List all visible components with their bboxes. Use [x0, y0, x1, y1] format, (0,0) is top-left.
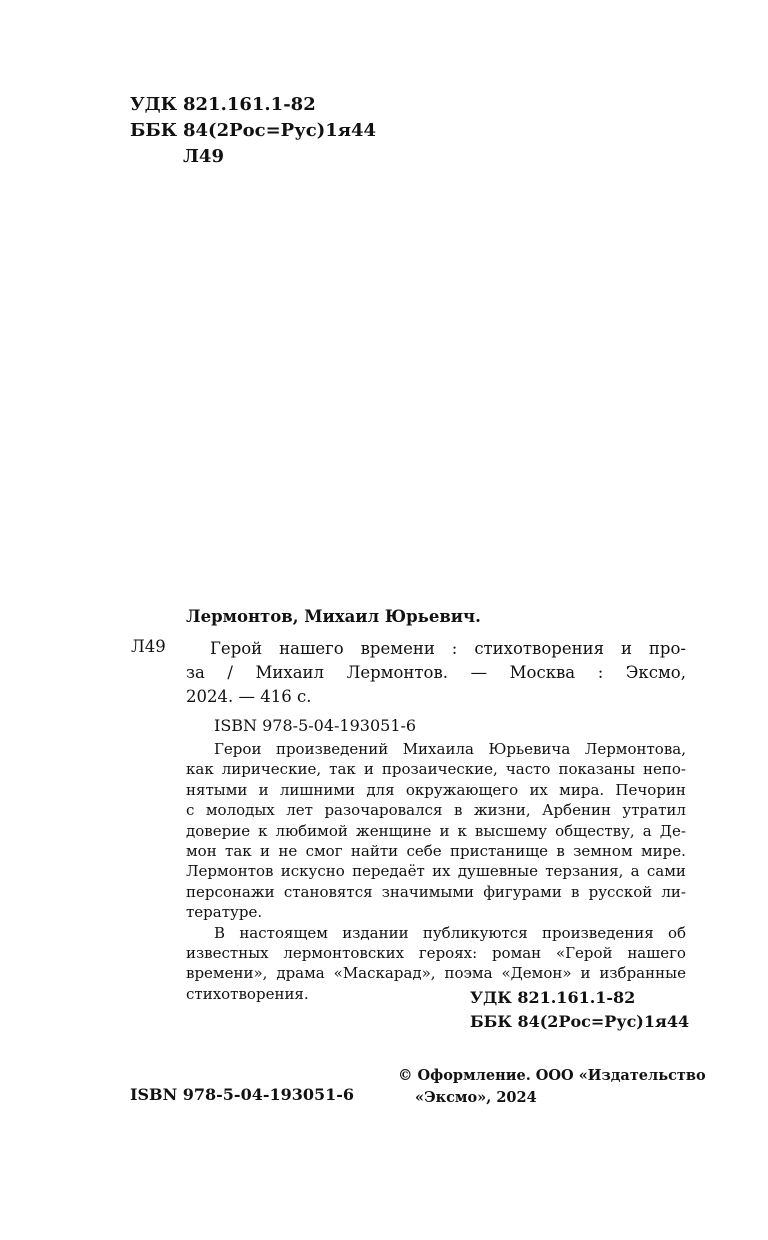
author-sign: Л49 — [183, 144, 224, 170]
word: в — [454, 800, 462, 820]
word: публикуются — [423, 923, 528, 943]
word: мире. — [641, 841, 686, 861]
word: героях: — [419, 943, 477, 963]
word: становятся — [284, 882, 373, 902]
text-line: тературе. — [186, 902, 686, 922]
word: передаёт — [352, 861, 425, 881]
author-sign-row: Л49 — [130, 144, 376, 170]
udk-value: 821.161.1-82 — [183, 92, 316, 118]
word: с — [186, 800, 194, 820]
word: молодых — [206, 800, 275, 820]
word: драма — [276, 963, 324, 983]
word: ли- — [661, 882, 686, 902]
catalog-udk: УДК 821.161.1-82 — [470, 986, 689, 1010]
word: терзания, — [545, 861, 623, 881]
word: произведений — [276, 739, 388, 759]
word: мон — [186, 841, 217, 861]
word: жизни, — [474, 800, 531, 820]
word: лирические, — [222, 759, 321, 779]
word: об — [668, 923, 686, 943]
word: времени», — [186, 963, 267, 983]
text-line: нятымиилишнимидляокружающегоихмира.Печор… — [186, 780, 686, 800]
word: и — [364, 759, 374, 779]
word: душевные — [458, 861, 538, 881]
word: не — [278, 841, 297, 861]
word: издании — [342, 923, 408, 943]
word: и — [621, 637, 632, 661]
word: : — [452, 637, 458, 661]
catalog-classification: УДК 821.161.1-82 ББК 84(2Рос=Рус)1я44 — [470, 986, 689, 1034]
text-line-content: 2024. — 416 с. — [186, 685, 311, 709]
word: Лермонтов — [186, 861, 273, 881]
word: нятыми — [186, 780, 247, 800]
word: а — [631, 861, 640, 881]
word: Герои — [214, 739, 261, 759]
word: и — [260, 841, 270, 861]
catalog-bbk: ББК 84(2Рос=Рус)1я44 — [470, 1010, 689, 1034]
word: земном — [573, 841, 632, 861]
text-line-content: тературе. — [186, 902, 262, 922]
word: их — [432, 861, 450, 881]
word: непо- — [643, 759, 686, 779]
word: «Герой — [556, 943, 613, 963]
word: значимыми — [382, 882, 474, 902]
word: Михаил — [256, 661, 325, 685]
word: к — [458, 821, 467, 841]
word: произведения — [542, 923, 654, 943]
bbk-value: 84(2Рос=Рус)1я44 — [183, 118, 376, 144]
text-line: Лермонтовискуснопередаётихдушевныетерзан… — [186, 861, 686, 881]
word: найти — [351, 841, 398, 861]
word: В — [214, 923, 225, 943]
word: Москва — [510, 661, 576, 685]
word: Арбенин — [542, 800, 611, 820]
word: лишними — [280, 780, 355, 800]
word: в — [571, 882, 579, 902]
footer-isbn: ISBN 978-5-04-193051-6 — [130, 1085, 354, 1104]
word: за — [186, 661, 205, 685]
word: обществу, — [555, 821, 635, 841]
word: окружающего — [406, 780, 518, 800]
word: показаны — [559, 759, 635, 779]
word: и — [259, 780, 269, 800]
text-line: известныхлермонтовскихгероях:роман«Герой… — [186, 943, 686, 963]
udk-label: УДК — [130, 92, 183, 118]
word: Печорин — [615, 780, 686, 800]
word: часто — [506, 759, 551, 779]
word: так — [225, 841, 252, 861]
word: доверие — [186, 821, 250, 841]
word: разочаровался — [324, 800, 442, 820]
word: времени — [361, 637, 435, 661]
word: искусно — [281, 861, 345, 881]
word: к — [258, 821, 267, 841]
word: / — [227, 661, 233, 685]
bibliographic-description: Геройнашеговремени:стихотворенияипро-за/… — [186, 637, 686, 709]
word: пристанище — [450, 841, 548, 861]
word: и — [439, 821, 449, 841]
word: фигурами — [483, 882, 562, 902]
word: Эксмо, — [626, 661, 686, 685]
copyright-line-2: «Эксмо», 2024 — [398, 1087, 706, 1109]
word: : — [598, 661, 604, 685]
word: так — [329, 759, 356, 779]
word: Герой — [210, 637, 262, 661]
word: Лермонтов. — [347, 661, 448, 685]
bbk-label: ББК — [130, 118, 183, 144]
word: Юрьевича — [488, 739, 570, 759]
word: — — [471, 661, 488, 685]
text-line: Геройнашеговремени:стихотворенияипро- — [186, 637, 686, 661]
text-line: Внастоящемизданиипубликуютсяпроизведения… — [186, 923, 686, 943]
word: прозаические, — [382, 759, 498, 779]
word: мира. — [559, 780, 604, 800]
text-line: смолодыхлетразочаровалсявжизни,Арбенинут… — [186, 800, 686, 820]
word: высшему — [475, 821, 547, 841]
word: утратил — [622, 800, 686, 820]
word: настоящем — [239, 923, 328, 943]
text-line: довериеклюбимойженщинеиквысшемуобществу,… — [186, 821, 686, 841]
text-line: ГероипроизведенийМихаилаЮрьевичаЛермонто… — [186, 739, 686, 759]
word: нашего — [279, 637, 344, 661]
word: роман — [492, 943, 541, 963]
text-line: за/МихаилЛермонтов.—Москва:Эксмо, — [186, 661, 686, 685]
udk-row: УДК 821.161.1-82 — [130, 92, 376, 118]
text-line: каклирические,такипрозаические,частопока… — [186, 759, 686, 779]
copyright-notice: © Оформление. ООО «Издательство «Эксмо»,… — [398, 1065, 706, 1109]
text-line: времени»,драма«Маскарад»,поэма«Демон»ииз… — [186, 963, 686, 983]
catalog-isbn: ISBN 978-5-04-193051-6 — [214, 716, 416, 735]
word: смог — [306, 841, 343, 861]
word: персонажи — [186, 882, 275, 902]
text-line: монтакинесмогнайтисебепристанищевземномм… — [186, 841, 686, 861]
word: Лермонтова, — [585, 739, 686, 759]
word: русской — [589, 882, 653, 902]
word: лет — [286, 800, 313, 820]
text-line-content: стихотворения. — [186, 984, 309, 1004]
word: в — [556, 841, 564, 861]
word: «Демон» — [501, 963, 571, 983]
word: их — [529, 780, 547, 800]
word: поэма — [444, 963, 492, 983]
word: женщине — [356, 821, 432, 841]
top-classification-block: УДК 821.161.1-82 ББК 84(2Рос=Рус)1я44 Л4… — [130, 92, 376, 170]
word: для — [366, 780, 394, 800]
word: «Маскарад», — [334, 963, 436, 983]
word: Михаила — [403, 739, 474, 759]
word: как — [186, 759, 214, 779]
bbk-row: ББК 84(2Рос=Рус)1я44 — [130, 118, 376, 144]
word: нашего — [627, 943, 686, 963]
annotation: ГероипроизведенийМихаилаЮрьевичаЛермонто… — [186, 739, 686, 1004]
word: а — [643, 821, 652, 841]
text-line: 2024. — 416 с. — [186, 685, 686, 709]
word: себе — [406, 841, 441, 861]
catalog-author-sign: Л49 — [131, 637, 166, 656]
text-line: персонажистановятсязначимымифигурамиврус… — [186, 882, 686, 902]
word: лермонтовских — [283, 943, 404, 963]
word: стихотворения — [474, 637, 604, 661]
author-heading: Лермонтов, Михаил Юрьевич. — [186, 607, 481, 626]
word: любимой — [276, 821, 348, 841]
word: и — [580, 963, 590, 983]
word: про- — [649, 637, 686, 661]
word: известных — [186, 943, 269, 963]
word: избранные — [599, 963, 686, 983]
word: сами — [647, 861, 686, 881]
word: Де- — [660, 821, 686, 841]
copyright-line-1: © Оформление. ООО «Издательство — [398, 1065, 706, 1087]
